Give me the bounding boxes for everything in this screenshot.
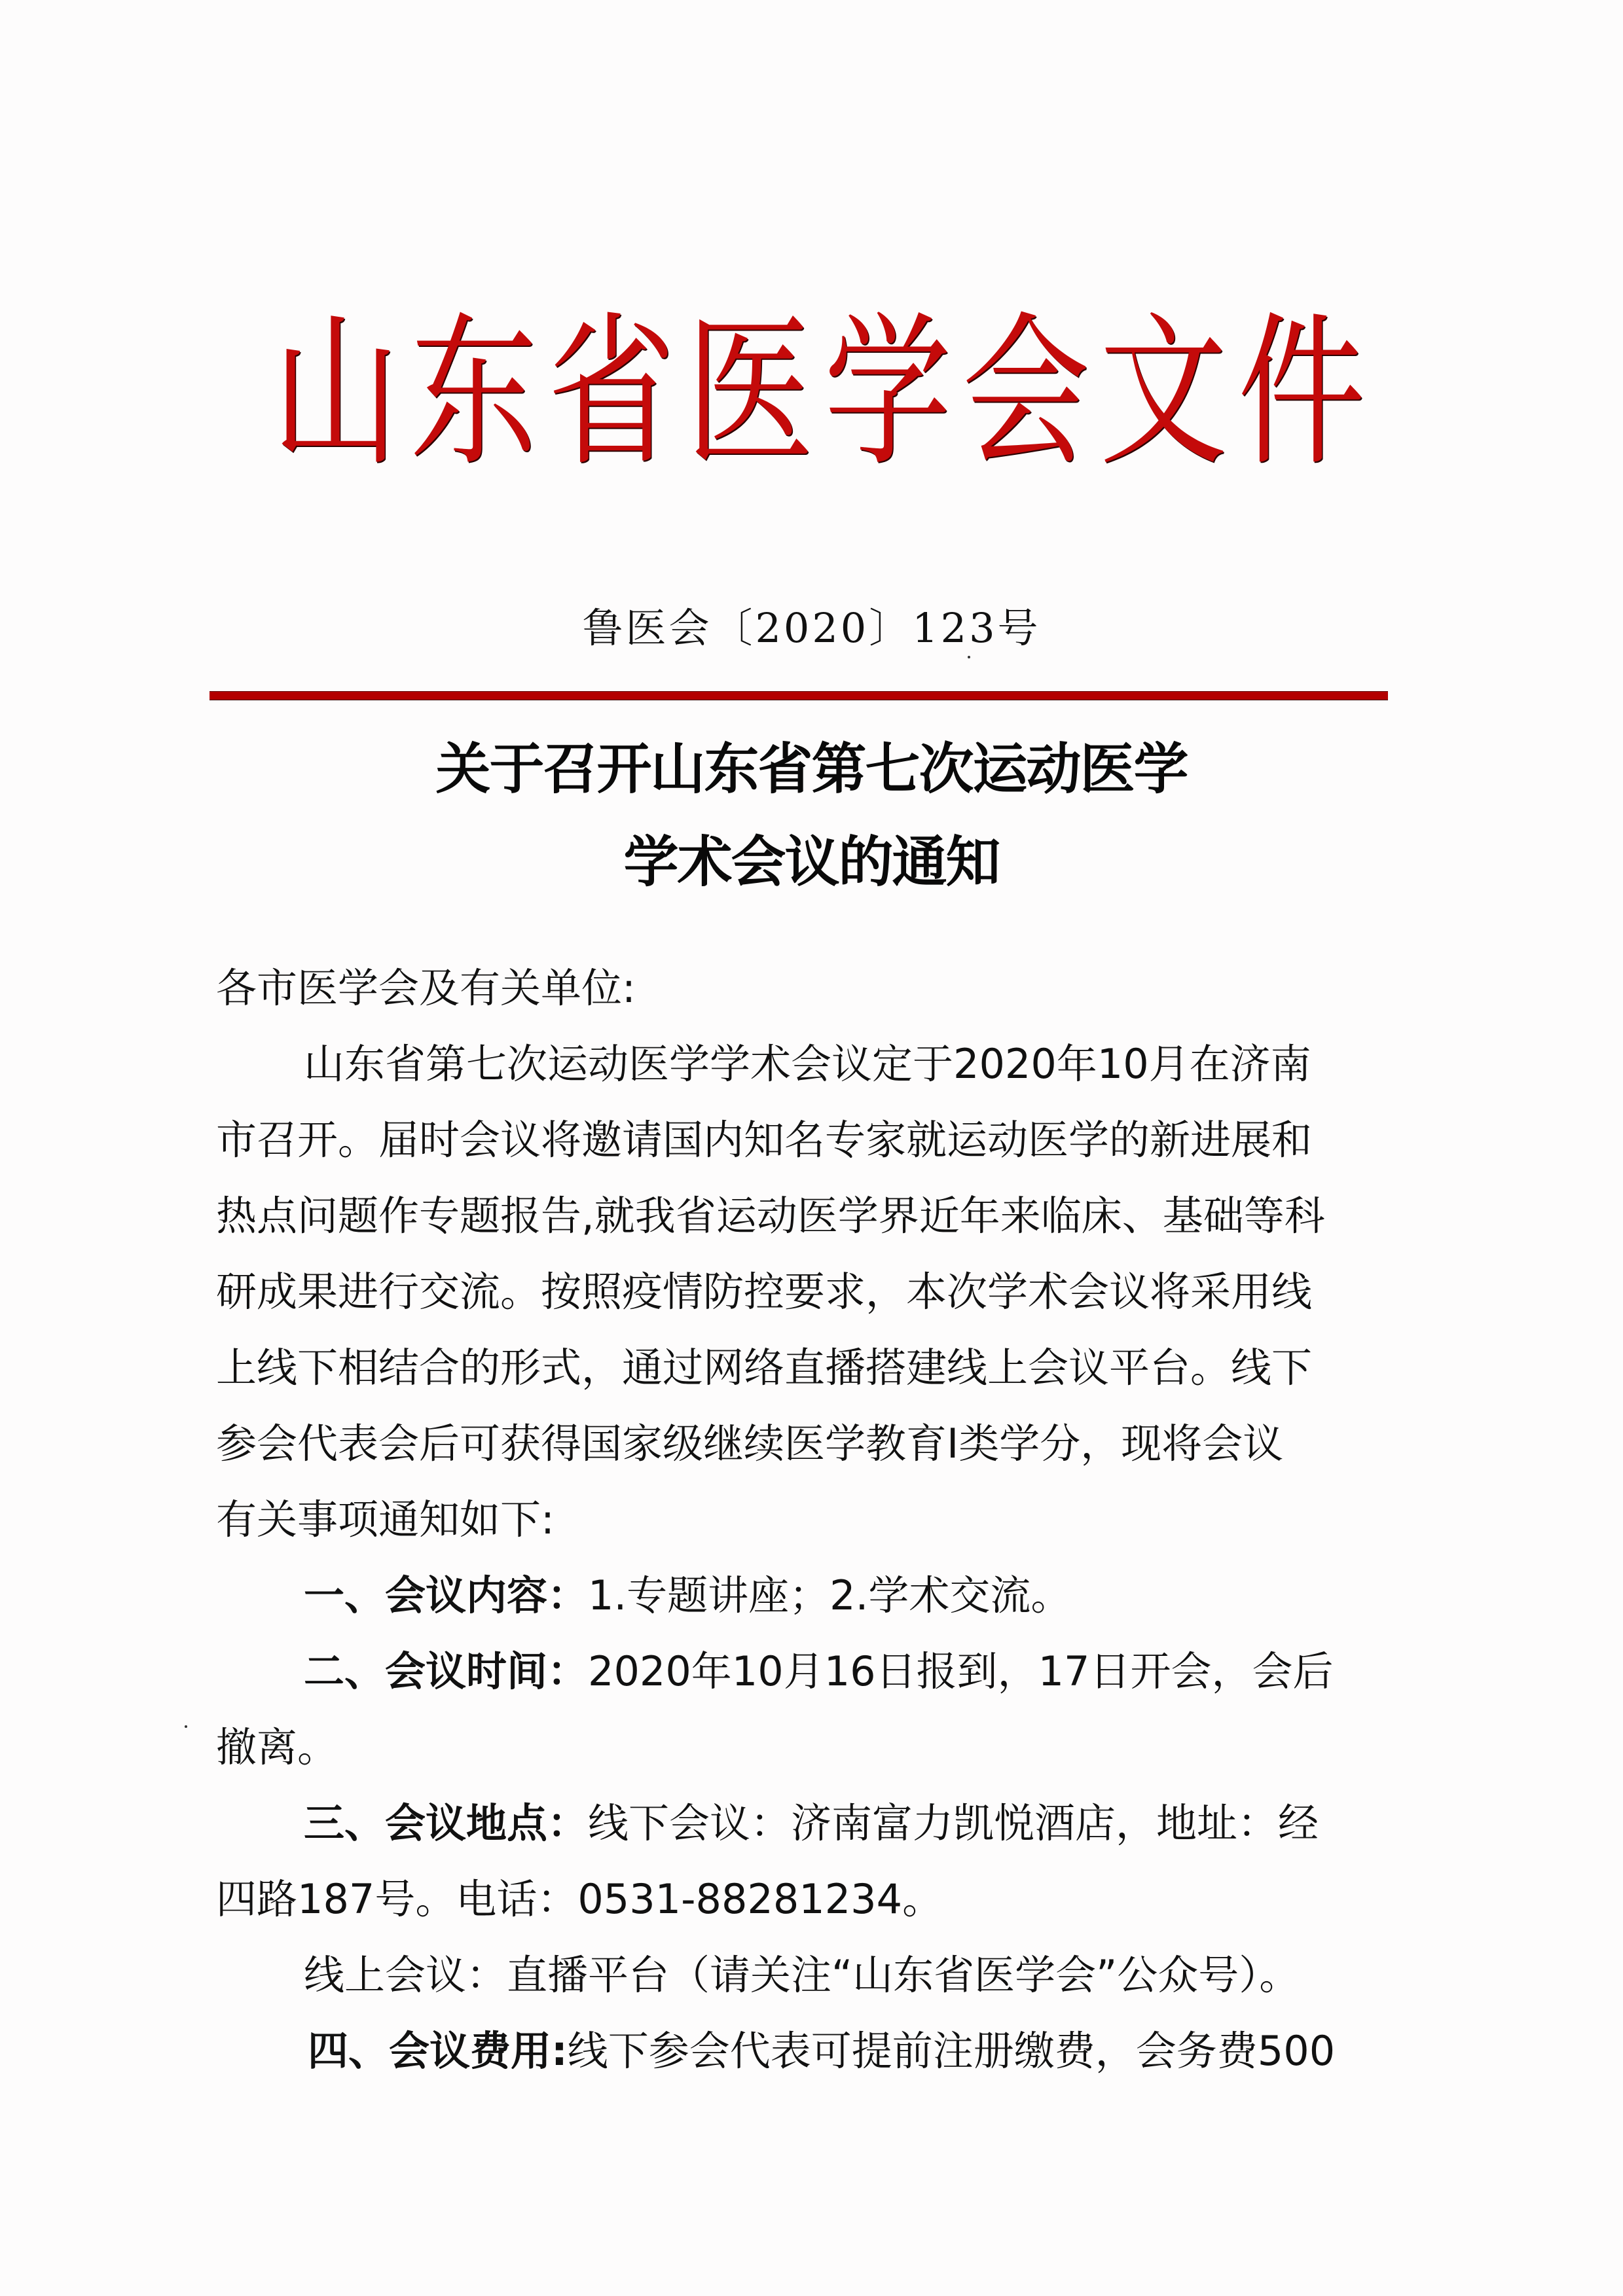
section-heading: 二、会议时间： [304, 1647, 588, 1695]
masthead-char: 会 [962, 298, 1056, 488]
intro-paragraph-line: 市召开。届时会议将邀请国内知名专家就运动医学的新进展和 [216, 1102, 1312, 1178]
section-text-continued: 撤离。 [216, 1710, 338, 1785]
intro-paragraph-line: 山东省第七次运动医学学术会议定于2020年10月在济南 [216, 1026, 1311, 1102]
section-meeting-location: 三、会议地点：线下会议：济南富力凯悦酒店，地址：经 [216, 1785, 1319, 1861]
masthead-char: 学 [824, 298, 918, 488]
document-page: 山 东 省 医 学 会 文 件 鲁医会〔2020〕123号 关于召开山东省第七次… [0, 0, 1623, 2296]
notice-title-line-2: 学术会议的通知 [0, 826, 1623, 898]
section-meeting-time: 二、会议时间：2020年10月16日报到，17日开会，会后 [216, 1634, 1333, 1710]
section-text: 1.专题讲座；2.学术交流。 [588, 1571, 1071, 1619]
intro-paragraph-line: 热点问题作专题报告,就我省运动医学界近年来临床、基础等科 [216, 1178, 1325, 1254]
section-heading: 三、会议地点： [304, 1799, 588, 1847]
masthead-char: 东 [410, 298, 504, 488]
section-meeting-content: 一、会议内容：1.专题讲座；2.学术交流。 [216, 1558, 1071, 1634]
section-meeting-fee: 四、会议费用:线下参会代表可提前注册缴费，会务费500 [216, 2013, 1335, 2089]
scan-speck [968, 656, 970, 658]
section-text-continued: 四路187号。电话：0531-88281234。 [216, 1861, 943, 1937]
masthead-char: 件 [1237, 298, 1332, 488]
scan-speck [185, 1725, 187, 1728]
intro-paragraph-line: 上线下相结合的形式，通过网络直播搭建线上会议平台。线下 [216, 1330, 1312, 1406]
intro-paragraph-line: 参会代表会后可获得国家级继续医学教育Ⅰ类学分，现将会议 [216, 1406, 1283, 1482]
section-text: 线下会议：济南富力凯悦酒店，地址：经 [588, 1799, 1319, 1847]
notice-title-line-1: 关于召开山东省第七次运动医学 [0, 733, 1623, 805]
section-heading: 一、会议内容： [304, 1571, 588, 1619]
section-text: 2020年10月16日报到，17日开会，会后 [588, 1647, 1333, 1695]
salutation: 各市医学会及有关单位: [216, 950, 636, 1026]
document-number: 鲁医会〔2020〕123号 [0, 599, 1623, 658]
masthead-char: 文 [1100, 298, 1194, 488]
intro-paragraph-line: 研成果进行交流。按照疫情防控要求，本次学术会议将采用线 [216, 1254, 1312, 1330]
masthead-char: 山 [272, 298, 366, 488]
section-heading: 四、会议费用: [308, 2027, 568, 2075]
masthead: 山 东 省 医 学 会 文 件 [259, 298, 1345, 488]
masthead-char: 医 [685, 298, 780, 488]
online-meeting-line: 线上会议：直播平台（请关注“山东省医学会”公众号）。 [216, 1937, 1300, 2013]
intro-paragraph-line: 有关事项通知如下: [216, 1482, 555, 1558]
masthead-char: 省 [548, 298, 642, 488]
red-divider-rule [210, 692, 1388, 700]
section-text: 线下参会代表可提前注册缴费，会务费500 [568, 2027, 1335, 2075]
